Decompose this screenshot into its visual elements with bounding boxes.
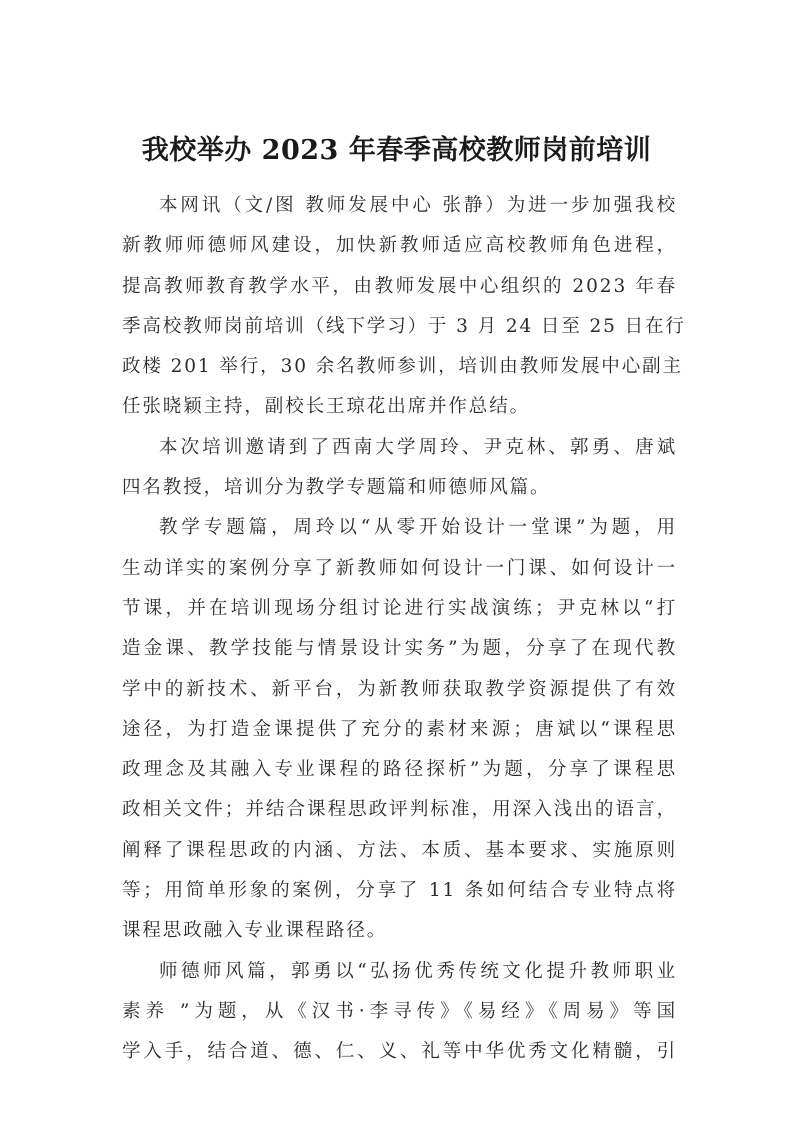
text-line: 节课，并在培训现场分组讨论进行实战演练；尹克林以“打 (122, 589, 677, 629)
text-line: 季高校教师岗前培训（线下学习）于 3 月 24 日至 25 日在行 (122, 307, 677, 347)
text-line: 课程思政融入专业课程路径。 (122, 911, 677, 951)
document-page: 我校举办 2023 年春季高校教师岗前培训 本网讯（文/图 教师发展中心 张静）… (0, 0, 793, 1122)
text-line: 等；用简单形象的案例，分享了 11 条如何结合专业特点将 (122, 871, 677, 911)
text-line: 途径，为打造金课提供了充分的素材来源；唐斌以“课程思 (122, 710, 677, 750)
article-body: 本网讯（文/图 教师发展中心 张静）为进一步加强我校 新教师师德师风建设，加快新… (122, 186, 677, 1073)
text-line: 提高教师教育教学水平，由教师发展中心组织的 2023 年春 (122, 267, 677, 307)
text-line: 政楼 201 举行，30 余名教师参训，培训由教师发展中心副主 (122, 347, 677, 387)
text-line: 政理念及其融入专业课程的路径探析”为题，分享了课程思 (122, 750, 677, 790)
text-line: 生动详实的案例分享了新教师如何设计一门课、如何设计一 (122, 549, 677, 589)
text-line: 四名教授，培训分为教学专题篇和师德师风篇。 (122, 468, 677, 508)
text-line: 学入手，结合道、德、仁、义、礼等中华优秀文化精髓，引 (122, 1032, 677, 1072)
paragraph-speakers: 本次培训邀请到了西南大学周玲、尹克林、郭勇、唐斌 四名教授，培训分为教学专题篇和… (122, 428, 677, 509)
text-line: 素养 ”为题，从《汉书·李寻传》《易经》《周易》等国 (122, 992, 677, 1032)
paragraph-ethics: 师德师风篇，郭勇以“弘扬优秀传统文化提升教师职业 素养 ”为题，从《汉书·李寻传… (122, 952, 677, 1073)
text-line: 政相关文件；并结合课程思政评判标准，用深入浅出的语言， (122, 790, 677, 830)
text-line: 本网讯（文/图 教师发展中心 张静）为进一步加强我校 (122, 186, 677, 226)
article-title: 我校举办 2023 年春季高校教师岗前培训 (0, 133, 793, 169)
text-line: 师德师风篇，郭勇以“弘扬优秀传统文化提升教师职业 (122, 952, 677, 992)
text-line: 教学专题篇，周玲以“从零开始设计一堂课”为题，用 (122, 508, 677, 548)
text-line: 新教师师德师风建设，加快新教师适应高校教师角色进程， (122, 226, 677, 266)
text-line: 任张晓颖主持，副校长王琼花出席并作总结。 (122, 387, 677, 427)
paragraph-intro: 本网讯（文/图 教师发展中心 张静）为进一步加强我校 新教师师德师风建设，加快新… (122, 186, 677, 428)
paragraph-teaching-topics: 教学专题篇，周玲以“从零开始设计一堂课”为题，用 生动详实的案例分享了新教师如何… (122, 508, 677, 951)
text-line: 阐释了课程思政的内涵、方法、本质、基本要求、实施原则 (122, 831, 677, 871)
text-line: 造金课、教学技能与情景设计实务”为题，分享了在现代教 (122, 629, 677, 669)
text-line: 学中的新技术、新平台，为新教师获取教学资源提供了有效 (122, 670, 677, 710)
text-line: 本次培训邀请到了西南大学周玲、尹克林、郭勇、唐斌 (122, 428, 677, 468)
